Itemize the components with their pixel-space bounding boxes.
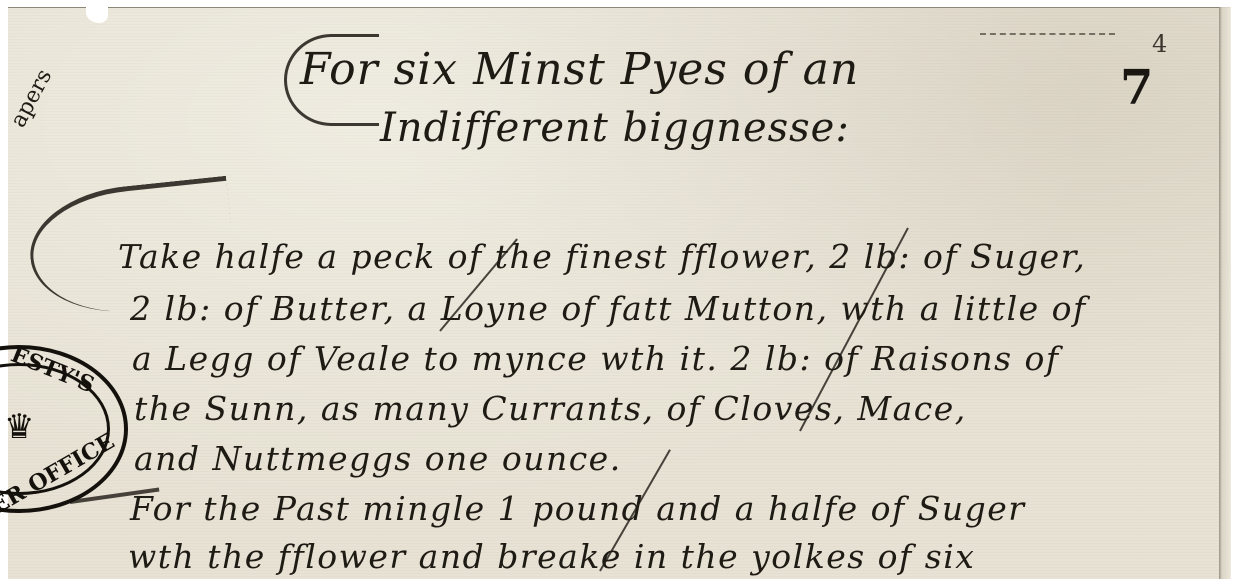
page-number-superscript: 4 (1152, 30, 1167, 58)
page-number: 7 (1120, 60, 1153, 116)
crown-icon: ♛ (4, 407, 34, 447)
title-line-2: Indifferent biggnesse: (380, 108, 850, 148)
body-line-7: wth the fflower and breake in the yolkes… (128, 540, 975, 573)
title-line-1: For six Minst Pyes of an (300, 48, 859, 92)
body-line-3: a Legg of Veale to mynce wth it. 2 lb: o… (132, 342, 1060, 375)
body-line-2: 2 lb: of Butter, a Loyne of fatt Mutton,… (130, 292, 1087, 325)
body-line-1: Take halfe a peck of the finest fflower,… (118, 240, 1086, 273)
page-right-edge (1219, 7, 1231, 579)
body-line-6: For the Past mingle 1 pound and a halfe … (130, 492, 1026, 525)
faint-dashed-mark (980, 33, 1115, 35)
body-line-4: the Sunn, as many Currants, of Cloves, M… (134, 392, 967, 425)
body-line-5: and Nuttmeggs one ounce. (134, 442, 622, 475)
